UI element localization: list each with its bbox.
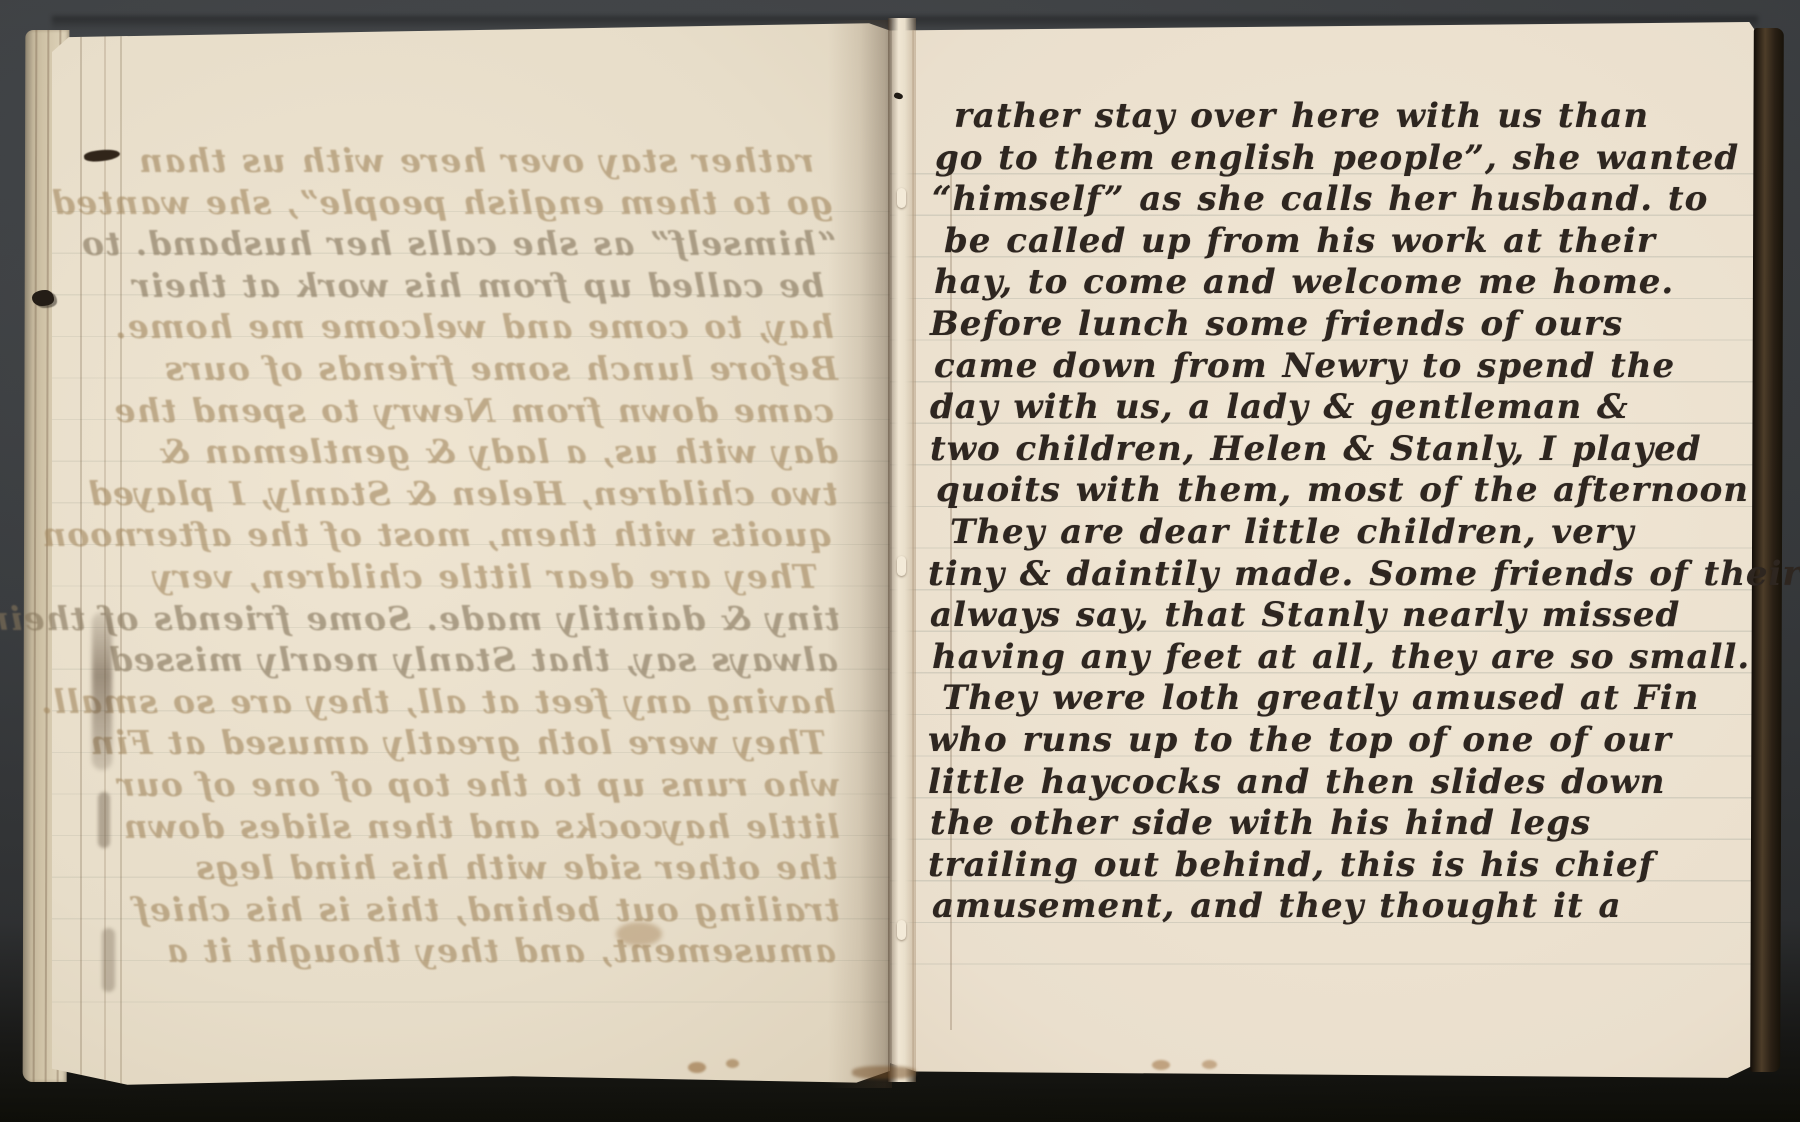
binding-stitch [897,188,906,208]
bleedthrough-line: day with us, a lady & gentleman & [98,431,838,473]
handwriting-line: having any feet at all, they are so smal… [932,637,1758,679]
bleedthrough-line: two children, Helen & Stanly, I played [98,473,838,515]
handwriting-line: trailing out behind, this is his chief [928,845,1758,887]
bleedthrough-line: trailing out behind, this is his chief [98,889,840,931]
bleedthrough-line: quoits with them, most of the afternoon [98,514,832,556]
diary-handwriting: rather stay over here with us than go to… [928,96,1758,928]
bleedthrough-line: always say, that Stanly nearly missed [98,639,838,681]
bleedthrough-line: amusement, and they thought it a [98,930,836,972]
handwriting-line: rather stay over here with us than [954,96,1758,138]
sheet-edge-line [45,30,50,1082]
bleedthrough-line: came down from Newry to spend the [98,390,834,432]
handwriting-line: always say, that Stanly nearly missed [930,595,1758,637]
handwriting-line: tiny & daintily made. Some friends of th… [928,554,1758,596]
bleedthrough-line: who runs up to the top of one of our [98,764,840,806]
bleedthrough-line: “himself” as she calls her husband. to [98,223,836,265]
handwriting-line: who runs up to the top of one of our [928,720,1758,762]
handwriting-line: go to them english people”, she wanted [935,138,1758,180]
bleedthrough-line: having any feet at all, they are so smal… [98,681,836,723]
bleedthrough-line: little haycocks and then slides down [98,806,840,848]
photo-of-open-diary: rather stay over here with us than go to… [0,0,1800,1122]
bleedthrough-line: be called up from his work at their [98,265,824,307]
handwriting-line: Before lunch some friends of ours [930,304,1758,346]
handwriting-line: came down from Newry to spend the [934,346,1758,388]
bleedthrough-text: rather stay over here with us than go to… [98,140,840,972]
binding-stitch [897,556,906,576]
bleedthrough-line: rather stay over here with us than [98,140,814,182]
handwriting-line: be called up from his work at their [944,221,1758,263]
handwriting-line: little haycocks and then slides down [928,762,1758,804]
handwriting-line: two children, Helen & Stanly, I played [930,429,1758,471]
bleedthrough-line: They are dear little children, very [98,556,818,598]
handwriting-line: amusement, and they thought it a [932,886,1758,928]
sheet-edge-line [33,30,38,1082]
bleedthrough-line: go to them english people”, she wanted [98,182,833,224]
bleedthrough-line: hay, to come and welcome me home. [98,306,834,348]
handwriting-line: They were loth greatly amused at Fin [942,678,1758,720]
bleedthrough-line: tiny & daintily made. Some friends of th… [98,598,840,640]
bleedthrough-line: the other side with his hind legs [98,847,838,889]
bleedthrough-line: They were loth greatly amused at Fin [98,722,826,764]
bleedthrough-line: Before lunch some friends of ours [98,348,838,390]
handwriting-line: day with us, a lady & gentleman & [930,387,1758,429]
handwriting-line: “himself” as she calls her husband. to [932,179,1758,221]
binding-stitch [897,920,906,940]
handwriting-line: hay, to come and welcome me home. [934,262,1758,304]
handwriting-line: quoits with them, most of the afternoon [936,470,1758,512]
handwriting-line: the other side with his hind legs [930,803,1758,845]
handwriting-line: They are dear little children, very [950,512,1758,554]
